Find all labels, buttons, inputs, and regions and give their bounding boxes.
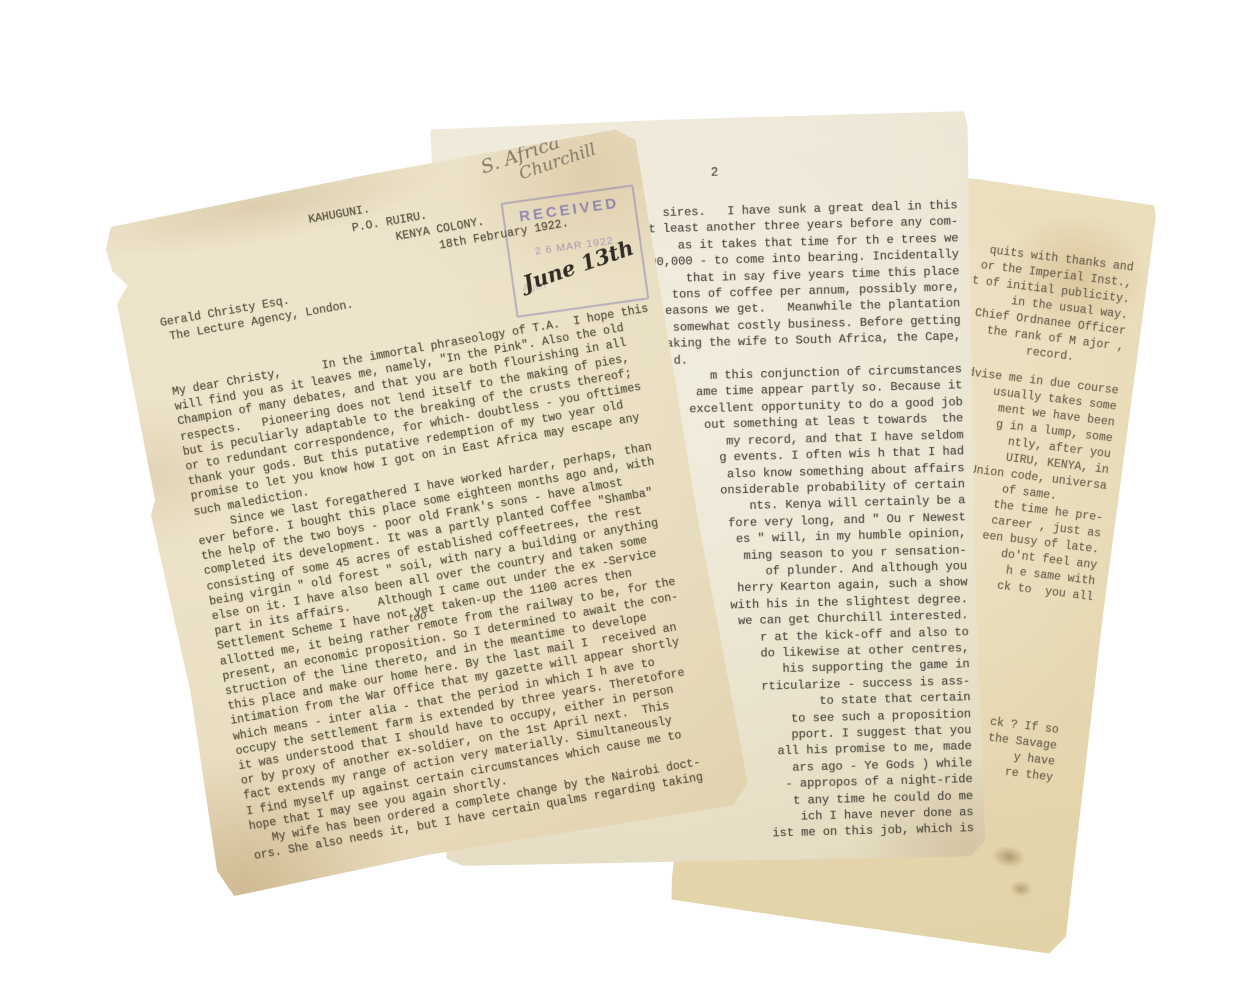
page3-paragraph-1: quits with thanks andor the Imperial Ins…: [956, 241, 1134, 372]
page1-body-text: My dear Christy, In the immortal phraseo…: [171, 301, 731, 864]
recipient-address-block: Gerald Christy Esq. The Lecture Agency, …: [159, 283, 355, 346]
photo-background: quits with thanks andor the Imperial Ins…: [0, 0, 1248, 1004]
page-number: 2: [711, 166, 719, 180]
